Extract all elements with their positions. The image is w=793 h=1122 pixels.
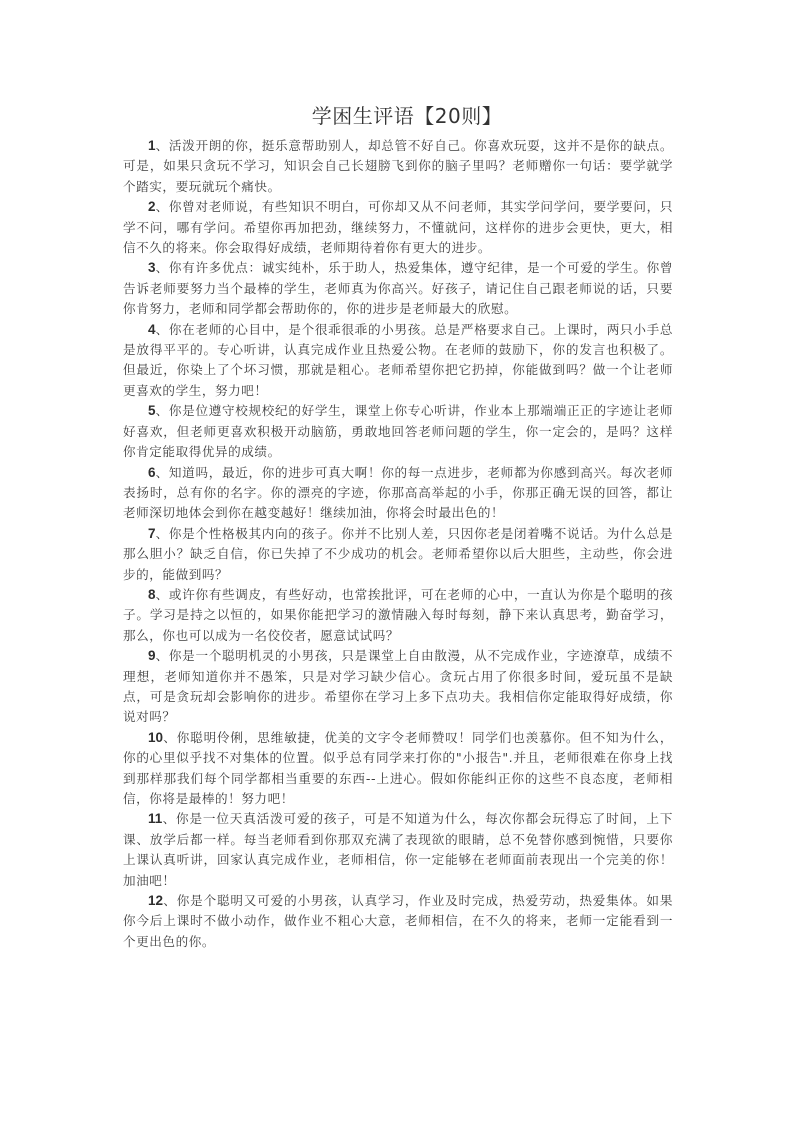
comment-number: 10 xyxy=(148,730,163,745)
comment-paragraph-8: 8、或许你有些调皮，有些好动，也常挨批评，可在老师的心中，一直认为你是个聪明的孩… xyxy=(123,585,673,646)
comment-text: 、或许你有些调皮，有些好动，也常挨批评，可在老师的心中，一直认为你是个聪明的孩子… xyxy=(123,587,673,643)
comment-paragraph-5: 5、你是位遵守校规校纪的好学生，课堂上你专心听讲，作业本上那端端正正的字迹让老师… xyxy=(123,401,673,462)
comment-text: 、你是一位天真活泼可爱的孩子，可是不知道为什么，每次你都会玩得忘了时间，上下课、… xyxy=(123,811,673,887)
comment-text: 、活泼开朗的你，挺乐意帮助别人，却总管不好自己。你喜欢玩耍，这并不是你的缺点。可… xyxy=(123,138,673,194)
comment-text: 、知道吗，最近，你的进步可真大啊！你的每一点进步，老师都为你感到高兴。每次老师表… xyxy=(123,465,673,521)
comment-paragraph-1: 1、活泼开朗的你，挺乐意帮助别人，却总管不好自己。你喜欢玩耍，这并不是你的缺点。… xyxy=(123,136,673,197)
comment-paragraph-10: 10、你聪明伶俐，思维敏捷，优美的文字令老师赞叹！同学们也羡慕你。但不知为什么，… xyxy=(123,728,673,810)
comment-number: 1 xyxy=(148,138,156,153)
comment-number: 7 xyxy=(148,526,156,541)
comment-text: 、你在老师的心目中，是个很乖很乖的小男孩。总是严格要求自己。上课时，两只小手总是… xyxy=(123,322,673,398)
comment-number: 12 xyxy=(148,893,163,908)
comment-number: 4 xyxy=(148,322,156,337)
comment-text: 、你是位遵守校规校纪的好学生，课堂上你专心听讲，作业本上那端端正正的字迹让老师好… xyxy=(123,403,673,459)
comment-text: 、你是个聪明又可爱的小男孩，认真学习，作业及时完成，热爱劳动，热爱集体。如果你今… xyxy=(123,893,673,949)
document-title: 学困生评语【20则】 xyxy=(123,102,673,132)
comment-paragraph-3: 3、你有许多优点：诚实纯朴，乐于助人，热爱集体，遵守纪律，是一个可爱的学生。你曾… xyxy=(123,258,673,319)
comment-number: 6 xyxy=(148,465,156,480)
comment-number: 11 xyxy=(148,811,162,826)
comment-paragraph-7: 7、你是个性格极其内向的孩子。你并不比别人差，只因你老是闭着嘴不说话。为什么总是… xyxy=(123,524,673,585)
document-page: 学困生评语【20则】 1、活泼开朗的你，挺乐意帮助别人，却总管不好自己。你喜欢玩… xyxy=(123,102,673,952)
comment-number: 8 xyxy=(148,587,156,602)
comment-number: 5 xyxy=(148,403,156,418)
comment-text: 、你是个性格极其内向的孩子。你并不比别人差，只因你老是闭着嘴不说话。为什么总是那… xyxy=(123,526,673,582)
comment-paragraph-11: 11、你是一位天真活泼可爱的孩子，可是不知道为什么，每次你都会玩得忘了时间，上下… xyxy=(123,809,673,891)
comment-paragraph-9: 9、你是一个聪明机灵的小男孩，只是课堂上自由散漫，从不完成作业，字迹潦草，成绩不… xyxy=(123,646,673,728)
comment-text: 、你是一个聪明机灵的小男孩，只是课堂上自由散漫，从不完成作业，字迹潦草，成绩不理… xyxy=(123,648,673,724)
comment-text: 、你有许多优点：诚实纯朴，乐于助人，热爱集体，遵守纪律，是一个可爱的学生。你曾告… xyxy=(123,260,673,316)
comment-text: 、你曾对老师说，有些知识不明白，可你却又从不问老师，其实学问学问，要学要问，只学… xyxy=(123,199,673,255)
comment-paragraph-12: 12、你是个聪明又可爱的小男孩，认真学习，作业及时完成，热爱劳动，热爱集体。如果… xyxy=(123,891,673,952)
comment-paragraph-2: 2、你曾对老师说，有些知识不明白，可你却又从不问老师，其实学问学问，要学要问，只… xyxy=(123,197,673,258)
comment-number: 9 xyxy=(148,648,156,663)
comment-paragraph-4: 4、你在老师的心目中，是个很乖很乖的小男孩。总是严格要求自己。上课时，两只小手总… xyxy=(123,320,673,402)
comment-text: 、你聪明伶俐，思维敏捷，优美的文字令老师赞叹！同学们也羡慕你。但不知为什么，你的… xyxy=(123,730,673,806)
comment-paragraph-6: 6、知道吗，最近，你的进步可真大啊！你的每一点进步，老师都为你感到高兴。每次老师… xyxy=(123,463,673,524)
comment-number: 3 xyxy=(148,260,156,275)
comment-number: 2 xyxy=(148,199,156,214)
